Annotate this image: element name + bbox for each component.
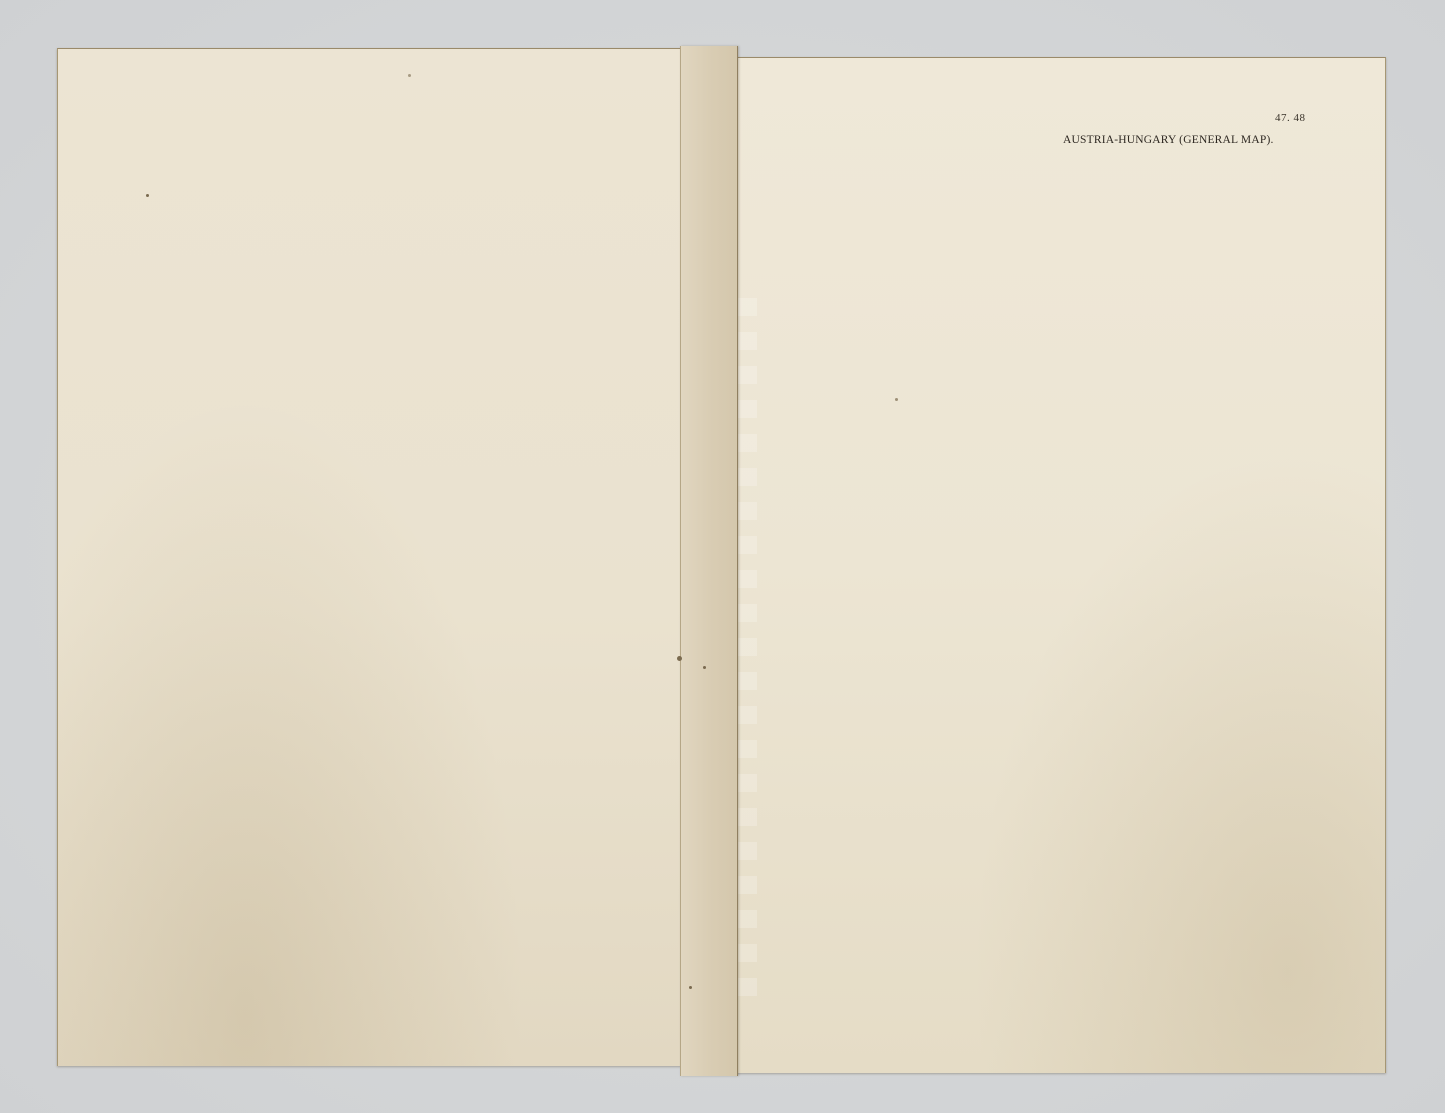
paper-speck: [677, 656, 682, 661]
paper-speck: [146, 194, 149, 197]
paper-speck: [703, 666, 706, 669]
plate-numbers: 47. 48: [1275, 112, 1306, 124]
paper-speck: [408, 74, 411, 77]
right-page: [735, 57, 1386, 1073]
center-guard-strip: [680, 46, 738, 1076]
map-title: AUSTRIA-HUNGARY (GENERAL MAP).: [1063, 134, 1274, 146]
left-page: [57, 48, 681, 1066]
hinge-stain: [735, 298, 757, 998]
paper-speck: [895, 398, 898, 401]
paper-speck: [689, 986, 692, 989]
